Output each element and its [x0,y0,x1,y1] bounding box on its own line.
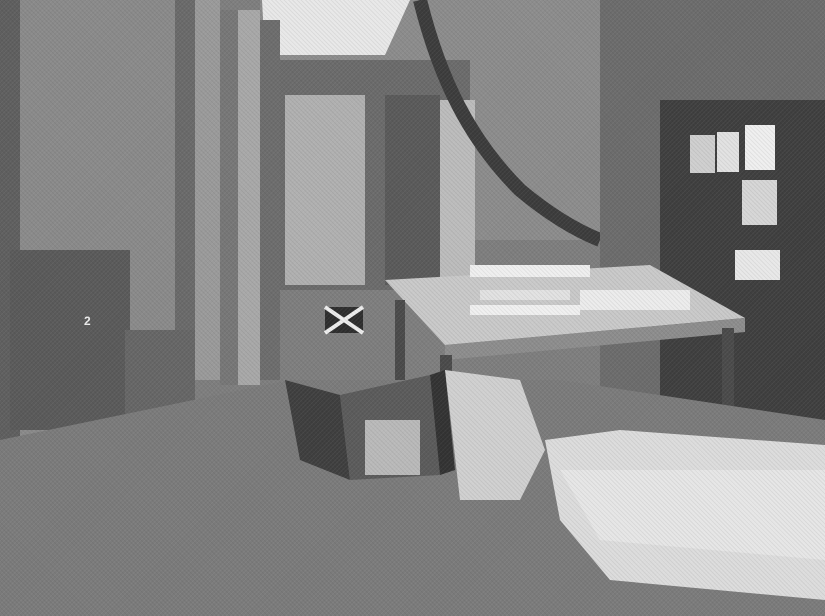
curtains [175,0,280,385]
newspaper-photo: 2 [0,0,825,616]
numeral-marker: 2 [84,314,91,328]
x-marker [325,307,363,333]
skylight [262,0,410,55]
cabinet [10,250,130,430]
photo-scene [0,0,825,616]
